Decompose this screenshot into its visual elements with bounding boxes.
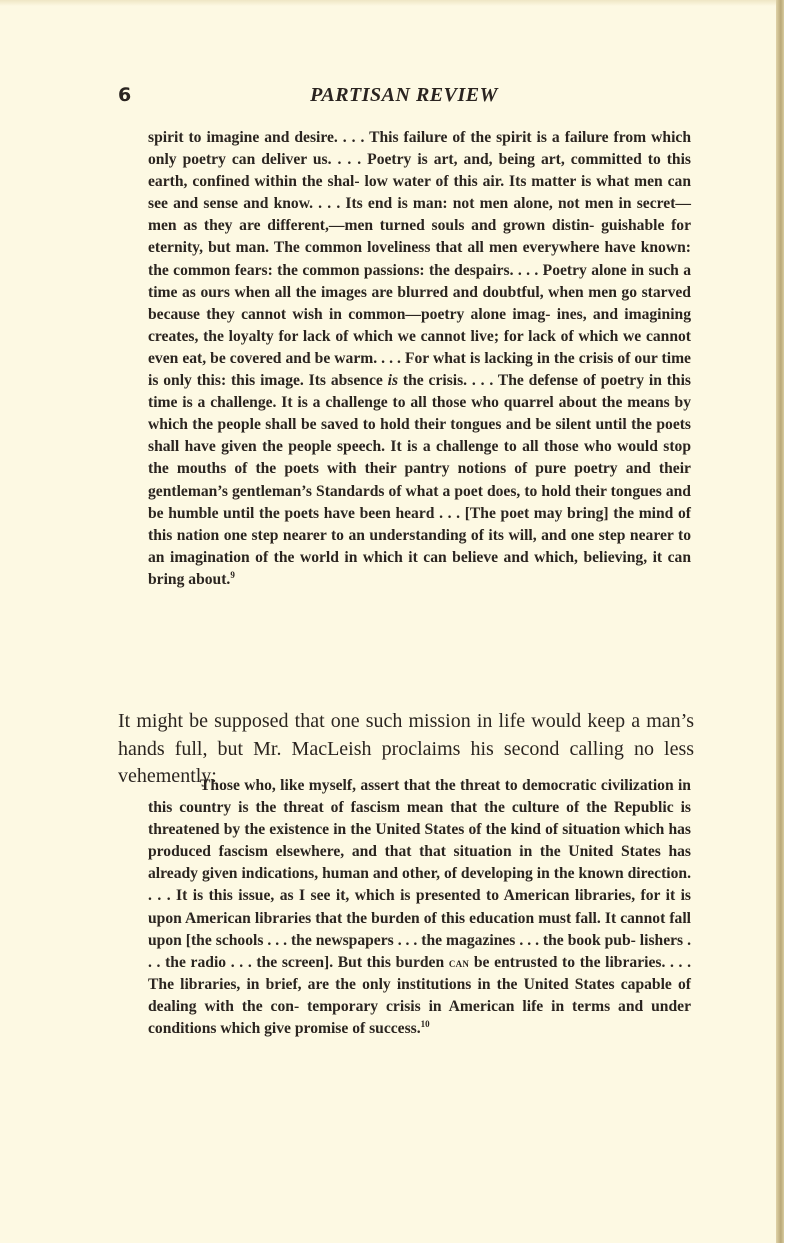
quote-line: the crisis. . . . The defense of: [398, 372, 596, 389]
block-quote-poetry: spirit to imagine and desire. . . . This…: [148, 127, 691, 591]
page-edge-shadow: [776, 0, 784, 1243]
quote-line: Those who, like myself, assert that the …: [200, 777, 597, 794]
quote-line: given indications, human and other, of d…: [202, 865, 624, 882]
footnote-ref-10[interactable]: 10: [421, 1019, 430, 1029]
page-top-shadow: [0, 0, 776, 6]
block-quote-libraries: Those who, like myself, assert that the …: [148, 775, 691, 1040]
quote-line: only this: this image. Its absence: [163, 372, 387, 389]
book-page: 6 PARTISAN REVIEW spirit to imagine and …: [0, 0, 776, 1243]
quote-line: spirit to imagine and desire. . . . This…: [148, 129, 560, 146]
running-head: 6 PARTISAN REVIEW: [118, 84, 690, 112]
quote-line: men as they are different,—men turned so…: [148, 217, 594, 234]
journal-title: PARTISAN REVIEW: [118, 84, 690, 107]
quote-line: which give promise of success.: [220, 1020, 420, 1037]
quote-line: schools . . . the newspapers . . . the m…: [216, 932, 636, 949]
footnote-ref-9[interactable]: 9: [230, 570, 235, 580]
quote-line: and know. . . . Its end is man: not men …: [243, 195, 691, 212]
quote-line: be: [469, 954, 489, 971]
quote-line: the people speech. It is a challenge to …: [262, 438, 691, 455]
emphasis-is: is: [388, 372, 398, 389]
small-caps-can: can: [449, 955, 469, 970]
quote-line: imagination of the world in which it can…: [170, 549, 578, 566]
body-line: It might be supposed that one such missi…: [118, 710, 640, 732]
quote-line: the mouths of the poets with their pantr…: [148, 460, 618, 477]
quote-line: when all the images are blurred and doub…: [234, 284, 637, 301]
